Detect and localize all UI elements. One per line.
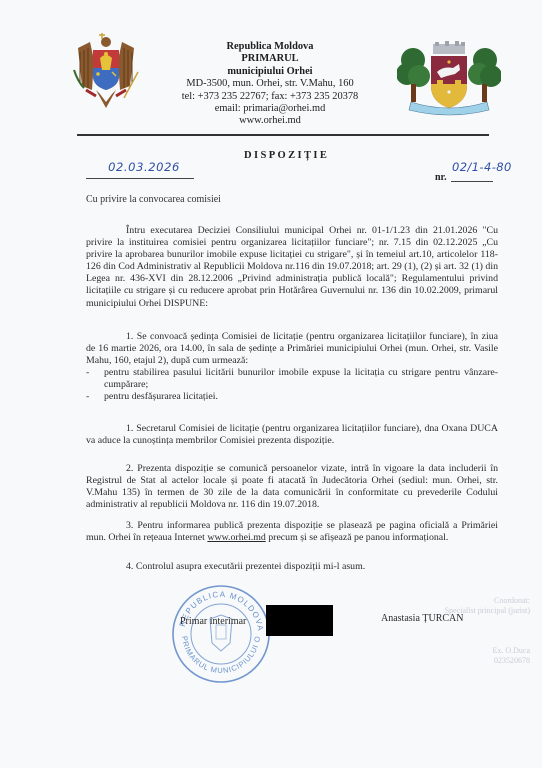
bullet-item: - pentru stabilirea pasului licitării bu… <box>86 367 498 391</box>
number-label: nr. <box>435 172 447 183</box>
point-publication: 3. Pentru informarea publică prezenta di… <box>86 520 498 544</box>
header-municipality: municipiului Orhei <box>165 66 375 78</box>
date-underline <box>86 178 194 179</box>
bleed-through-text: Coordonat: Specialist principal (jurist) <box>440 596 530 616</box>
signer-role: Primar interimar <box>180 616 246 627</box>
point-secretary: 1. Secretarul Comisiei de licitație (pen… <box>86 423 498 447</box>
intro-paragraph: Întru executarea Deciziei Consiliului mu… <box>86 225 498 310</box>
letterhead: Republica Moldova PRIMARUL municipiului … <box>165 41 375 128</box>
point-1: 1. Se convoacă ședința Comisiei de licit… <box>86 331 498 367</box>
point-control: 4. Controlul asupra executării prezentei… <box>86 561 498 573</box>
number-underline <box>451 181 493 182</box>
header-divider <box>77 134 489 136</box>
website-link[interactable]: www.orhei.md <box>207 532 265 543</box>
bleed-line: Coordonat: <box>440 596 530 606</box>
bleed-through-text: Ex. O.Duca 023520678 <box>440 646 530 666</box>
header-phone-fax: tel: +373 235 22767; fax: +373 235 20378 <box>165 91 375 103</box>
bullet-dash: - <box>86 367 89 379</box>
point-communication: 2. Prezenta dispoziție se comunică perso… <box>86 463 498 511</box>
redacted-signature <box>266 605 333 636</box>
moldova-coat-of-arms-icon <box>72 30 140 116</box>
header-website: www.orhei.md <box>165 115 375 127</box>
header-email: email: primaria@orhei.md <box>165 103 375 115</box>
bullet-text: pentru stabilirea pasului licitării bunu… <box>104 367 498 391</box>
official-stamp-icon: REPUBLICA MOLDOVA PRIMARUL MUNICIPIULUI … <box>170 583 272 685</box>
document-date: 02.03.2026 <box>96 160 192 174</box>
bleed-line: Ex. O.Duca <box>440 646 530 656</box>
document-title: DISPOZIȚIE <box>244 150 329 161</box>
bullet-item: - pentru desfășurarea licitației. <box>86 391 498 403</box>
bullet-text: pentru desfășurarea licitației. <box>104 391 498 403</box>
header-address: MD-3500, mun. Orhei, str. V.Mahu, 160 <box>165 78 375 90</box>
bleed-line: Specialist principal (jurist) <box>440 606 530 616</box>
document-number: 02/1-4-80 <box>452 160 532 174</box>
header-office: PRIMARUL <box>165 53 375 65</box>
bullet-dash: - <box>86 391 89 403</box>
document-page: Republica Moldova PRIMARUL municipiului … <box>0 0 542 768</box>
bleed-line: 023520678 <box>440 656 530 666</box>
document-subject: Cu privire la convocarea comisiei <box>86 194 221 205</box>
orhei-coat-of-arms-icon <box>397 40 501 118</box>
header-country: Republica Moldova <box>165 41 375 53</box>
publication-text-end: precum și se afișează pe panou informați… <box>266 532 449 543</box>
